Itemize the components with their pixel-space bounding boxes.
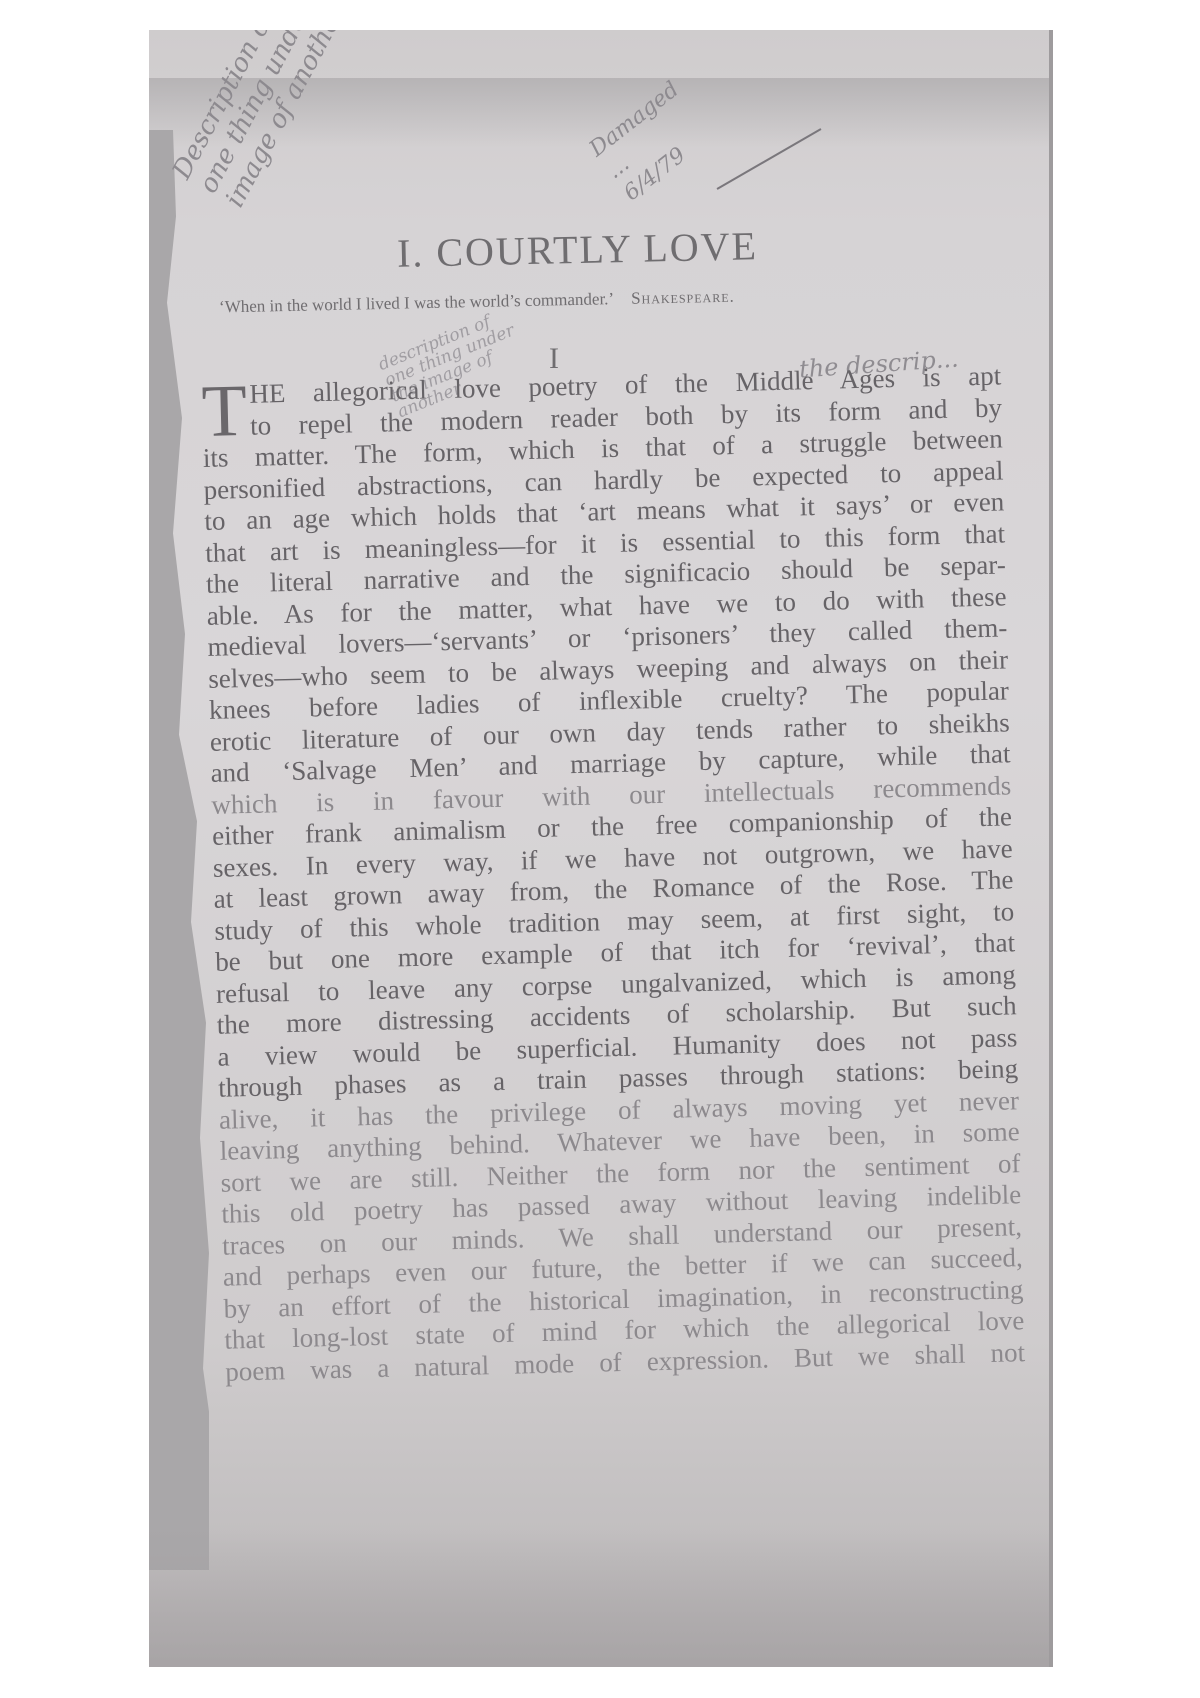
bottom-shadow — [149, 1527, 1053, 1667]
page-right-edge — [1049, 30, 1053, 1667]
chapter-heading: I. COURTLY LOVE — [397, 222, 759, 277]
torn-left-edge — [149, 130, 209, 1570]
body-paragraph: T HE allegorical love poetry of the Midd… — [201, 360, 1025, 1387]
page-photo: Description of one thing under the image… — [149, 30, 1053, 1667]
epigraph: ‘When in the world I lived I was the wor… — [219, 287, 735, 318]
epigraph-text: ‘When in the world I lived I was the wor… — [219, 289, 613, 316]
drop-cap: T — [201, 381, 248, 442]
epigraph-author: Shakespeare. — [631, 287, 735, 308]
